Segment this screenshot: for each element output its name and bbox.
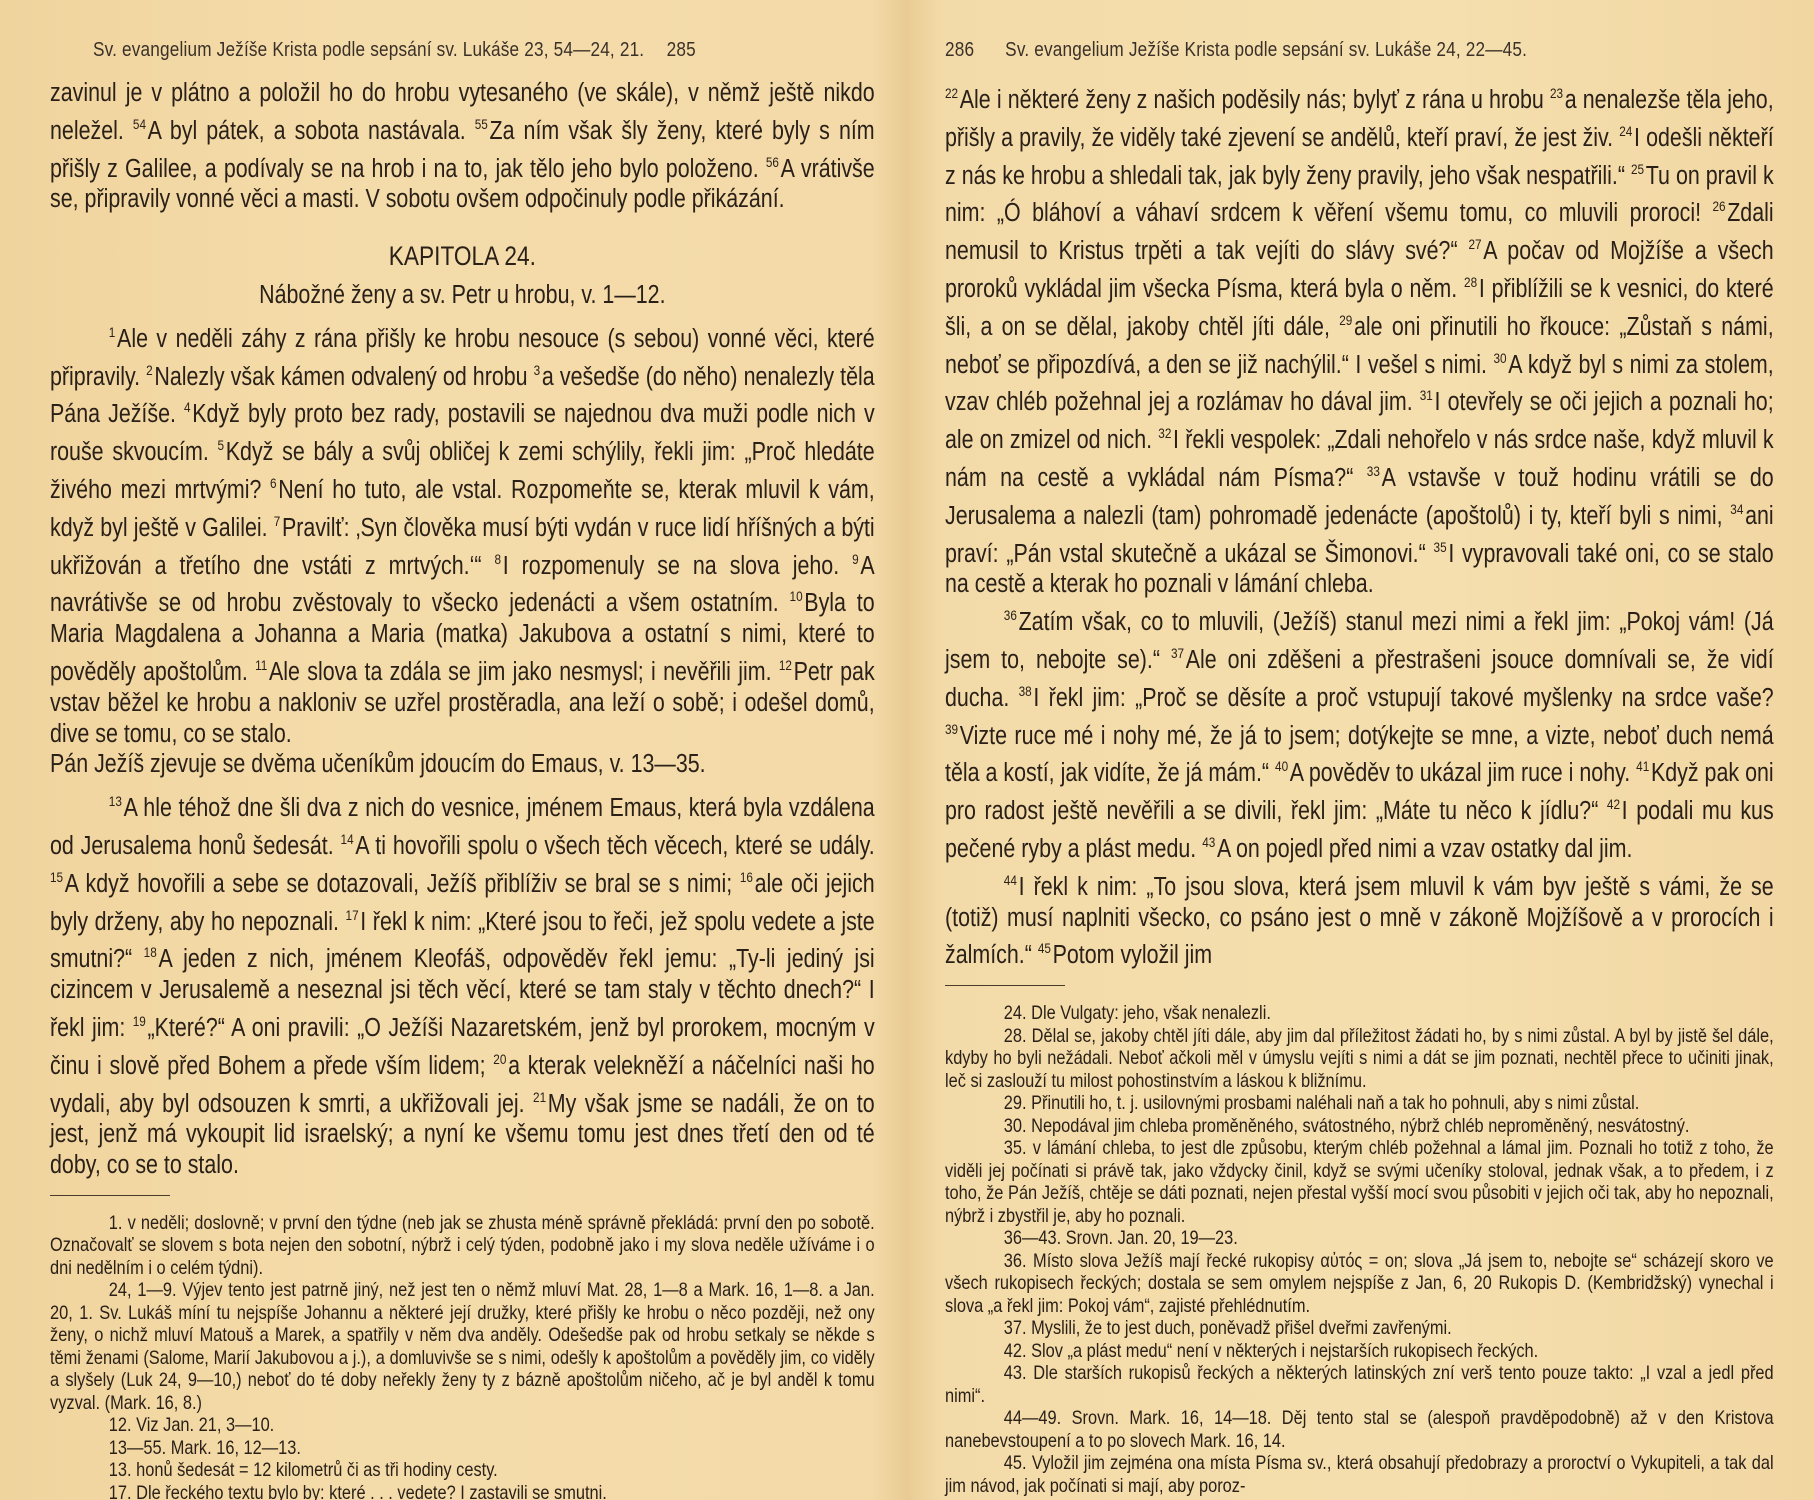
verse-number: 55: [475, 116, 488, 132]
footnote: 29. Přinutili ho, t. j. usilovnými prosb…: [945, 1092, 1774, 1115]
verse-number: 44: [1004, 872, 1017, 888]
paragraph: 22Ale i některé ženy z našich poděsily n…: [945, 78, 1774, 600]
paragraph: 44I řekl k nim: „To jsou slova, která js…: [945, 865, 1774, 971]
verse-number: 31: [1420, 387, 1433, 403]
verse-text: A ti hovořili spolu o všech těch věcech,…: [355, 832, 874, 860]
verse-number: 28: [1464, 274, 1477, 290]
verse-number: 42: [1607, 796, 1620, 812]
footnote: 13—55. Mark. 16, 12—13.: [50, 1437, 875, 1460]
footnote: 37. Myslili, že to jest duch, poněvadž p…: [945, 1317, 1774, 1340]
verse-number: 34: [1730, 501, 1743, 517]
verse-number: 10: [790, 588, 803, 604]
verse-number: 45: [1038, 940, 1051, 956]
verse-number: 36: [1004, 607, 1017, 623]
chapter-title: KAPITOLA 24.: [50, 241, 875, 272]
footnotes-left: 1. v neděli; doslovně; v první den týdne…: [50, 1212, 875, 1500]
verse-number: 14: [341, 831, 354, 847]
verse-number: 6: [270, 475, 277, 491]
footnote: 24. Dle Vulgaty: jeho, však nenalezli.: [945, 1002, 1774, 1025]
footnote: 13. honů šedesát = 12 kilometrů či as tř…: [50, 1459, 875, 1482]
verse-text: A když hovořili a sebe se dotazovali, Je…: [65, 870, 740, 898]
body-text-left: zavinul je v plátno a položil ho do hrob…: [50, 78, 875, 1181]
footnote: 45. Vyložil jim zejména ona místa Písma …: [945, 1452, 1774, 1497]
paragraph: 36Zatím však, co to mluvili, (Ježíš) sta…: [945, 600, 1774, 865]
verse-number: 4: [184, 399, 191, 415]
footnote: 42. Slov „a plást medu“ není v některých…: [945, 1340, 1774, 1363]
verse-text: Ale i některé ženy z našich poděsily nás…: [960, 86, 1550, 114]
verse-number: 1: [109, 324, 116, 340]
verse-number: 26: [1712, 198, 1725, 214]
footnote: 36—43. Srovn. Jan. 20, 19—23.: [945, 1227, 1774, 1250]
verse-number: 32: [1158, 425, 1171, 441]
verse-number: 39: [945, 721, 958, 737]
footnote: 30. Nepodával jim chleba proměněného, sv…: [945, 1115, 1774, 1138]
footnote-rule: [50, 1195, 170, 1196]
verse-number: 21: [533, 1089, 546, 1105]
verse-number: 30: [1493, 350, 1506, 366]
verse-text: A pověděv to ukázal jim ruce i nohy.: [1290, 759, 1636, 787]
verse-number: 11: [255, 657, 267, 673]
section-title: Pán Ježíš zjevuje se dvěma učeníkům jdou…: [50, 749, 875, 780]
footnote: 17. Dle řeckého textu bylo by: které . .…: [50, 1482, 875, 1500]
verse-number: 5: [218, 437, 225, 453]
verse-text: Ale slova ta zdála se jim jako nesmysl; …: [269, 658, 779, 686]
verse-number: 3: [534, 362, 541, 378]
verse-number: 13: [109, 793, 122, 809]
verse-number: 24: [1619, 123, 1632, 139]
verse-number: 20: [493, 1051, 506, 1067]
verse-text: I řekl jim: „Proč se děsíte a proč vstup…: [1033, 684, 1773, 712]
verse-number: 8: [494, 551, 501, 567]
section1-paragraph: 1Ale v neděli záhy z rána přišly ke hrob…: [50, 317, 875, 750]
verse-number: 40: [1275, 758, 1288, 774]
verse-number: 29: [1339, 312, 1352, 328]
verse-number: 12: [779, 657, 792, 673]
book-spread: Sv. evangelium Ježíše Krista podle sepsá…: [0, 0, 1814, 1500]
footnote: 28. Dělal se, jakoby chtěl jíti dále, ab…: [945, 1025, 1774, 1093]
verse-text: A byl pátek, a sobota nastávala.: [148, 117, 475, 145]
verse-number: 22: [945, 85, 958, 101]
verse-number: 16: [740, 869, 753, 885]
left-page: Sv. evangelium Ježíše Krista podle sepsá…: [0, 0, 905, 1500]
verse-number: 56: [766, 154, 779, 170]
verse-number: 37: [1171, 645, 1184, 661]
verse-number: 19: [133, 1013, 146, 1029]
verse-text: Potom vyložil jim: [1053, 941, 1212, 969]
verse-number: 7: [274, 513, 281, 529]
verse-number: 15: [50, 869, 63, 885]
running-head-title: Sv. evangelium Ježíše Krista podle sepsá…: [1005, 39, 1527, 61]
running-head-right: 286Sv. evangelium Ježíše Krista podle se…: [945, 38, 1658, 78]
verse-number: 17: [346, 907, 359, 923]
verse-number: 43: [1202, 834, 1215, 850]
footnote: 36. Místo slova Ježíš mají řecké rukopis…: [945, 1250, 1774, 1318]
page-number: 285: [667, 39, 696, 61]
verse-number: 18: [144, 944, 157, 960]
verse-number: 27: [1469, 236, 1482, 252]
opening-paragraph: zavinul je v plátno a položil ho do hrob…: [50, 78, 875, 215]
verse-number: 25: [1631, 161, 1644, 177]
footnote: 35. v lámání chleba, to jest dle způsobu…: [945, 1137, 1774, 1227]
verse-number: 23: [1550, 85, 1563, 101]
right-page: 286Sv. evangelium Ježíše Krista podle se…: [915, 0, 1814, 1500]
footnote-rule: [945, 985, 1065, 986]
verse-number: 9: [852, 551, 859, 567]
verse-text: A on pojedl před nimi a vzav ostatky dal…: [1217, 835, 1633, 863]
footnote: 43. Dle starších rukopisů řeckých a někt…: [945, 1362, 1774, 1407]
verse-number: 33: [1367, 463, 1380, 479]
footnote: 44—49. Srovn. Mark. 16, 14—18. Děj tento…: [945, 1407, 1774, 1452]
footnote: 24, 1—9. Výjev tento jest patrně jiný, n…: [50, 1279, 875, 1414]
verse-number: 38: [1019, 683, 1032, 699]
section2-paragraph: 13A hle téhož dne šli dva z nich do vesn…: [50, 786, 875, 1181]
verse-text: I rozpomenuly se na slova jeho.: [503, 552, 852, 580]
page-number: 286: [945, 39, 974, 61]
footnote: 1. v neděli; doslovně; v první den týdne…: [50, 1212, 875, 1280]
verse-text: Nalezly však kámen odvalený od hrobu: [154, 363, 533, 391]
body-text-right: 22Ale i některé ženy z našich poděsily n…: [945, 78, 1774, 971]
verse-number: 41: [1636, 758, 1649, 774]
footnote: 12. Viz Jan. 21, 3—10.: [50, 1414, 875, 1437]
section-title: Nábožné ženy a sv. Petr u hrobu, v. 1—12…: [50, 280, 875, 311]
verse-number: 2: [146, 362, 153, 378]
running-head-title: Sv. evangelium Ježíše Krista podle sepsá…: [93, 39, 644, 61]
footnotes-right: 24. Dle Vulgaty: jeho, však nenalezli. 2…: [945, 1002, 1774, 1497]
verse-number: 35: [1434, 539, 1447, 555]
running-head-left: Sv. evangelium Ježíše Krista podle sepsá…: [50, 38, 760, 78]
verse-number: 54: [133, 116, 146, 132]
